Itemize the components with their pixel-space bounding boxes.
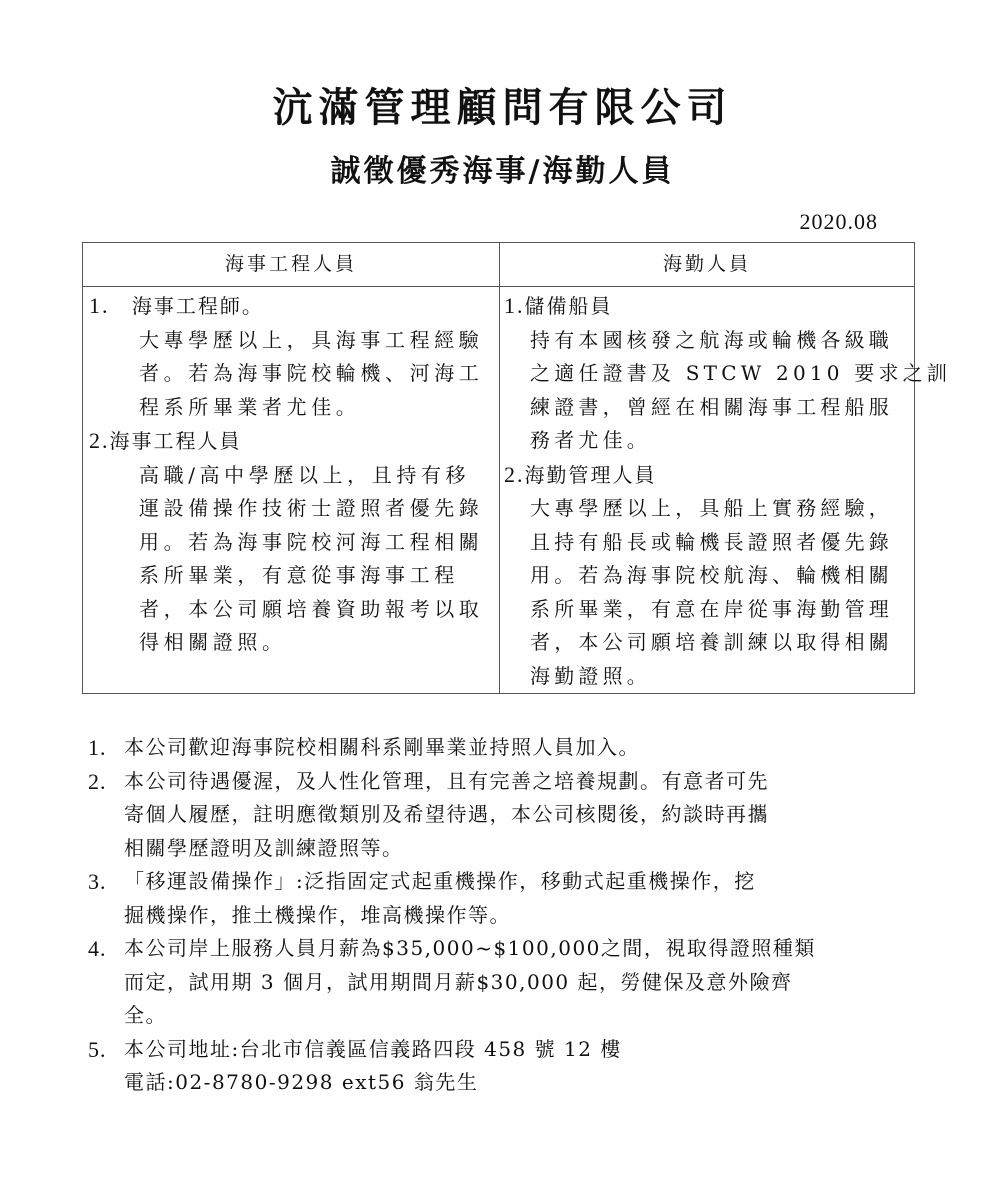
note-number: 1. <box>88 731 107 765</box>
description-line: 大專學歷以上，具海事工程經驗 <box>139 324 494 358</box>
note-line: 「移運設備操作」:泛指固定式起重機操作，移動式起重機操作，挖 <box>124 865 888 899</box>
position-name: 海事工程人員 <box>110 429 242 453</box>
description-line: 程系所畢業者尤佳。 <box>139 391 494 425</box>
column-divider <box>499 243 500 693</box>
note-item: 4. 本公司岸上服務人員月薪為$35,000~$100,000之間，視取得證照種… <box>88 932 888 1033</box>
positions-table: 海事工程人員 海勤人員 1. 海事工程師。 大專學歷以上，具海事工程經驗 者。若… <box>82 242 915 694</box>
note-line: 寄個人履歷，註明應徵類別及希望待遇，本公司核閱後，約談時再攜 <box>124 798 888 832</box>
description-line: 系所畢業，有意在岸從事海勤管理 <box>530 593 909 627</box>
note-number: 3. <box>88 865 107 899</box>
note-line: 本公司歡迎海事院校相關科系剛畢業並持照人員加入。 <box>124 731 888 765</box>
address-line: 本公司地址:台北市信義區信義路四段 458 號 12 樓 <box>124 1033 888 1067</box>
column-sea-service: 1.儲備船員 持有本國核發之航海或輪機各級職 之適任證書及 STCW 2010 … <box>504 289 909 693</box>
position-name: 海事工程師。 <box>132 294 264 318</box>
column-header-marine-engineering: 海事工程人員 <box>83 243 499 286</box>
position-title: 1.儲備船員 <box>504 289 909 324</box>
note-line: 本公司待遇優渥，及人性化管理，且有完善之培養規劃。有意者可先 <box>124 765 888 799</box>
column-header-sea-service: 海勤人員 <box>500 243 914 286</box>
description-line: 者，本公司願培養訓練以取得相關 <box>530 626 909 660</box>
description-line: 海勤證照。 <box>530 660 909 694</box>
note-item: 1. 本公司歡迎海事院校相關科系剛畢業並持照人員加入。 <box>88 731 888 765</box>
description-line: 練證書，曾經在相關海事工程船服 <box>530 391 909 425</box>
note-line: 本公司岸上服務人員月薪為$35,000~$100,000之間，視取得證照種類 <box>124 932 888 966</box>
position-marine-engineering-staff: 2.海事工程人員 高職/高中學歷以上，且持有移 運設備操作技術士證照者優先錄 用… <box>89 424 494 660</box>
description-line: 務者尤佳。 <box>530 424 909 458</box>
note-line: 而定，試用期 3 個月，試用期間月薪$30,000 起，勞健保及意外險齊 <box>124 966 888 1000</box>
phone-line: 電話:02-8780-9298 ext56 翁先生 <box>124 1066 888 1100</box>
position-name: 海勤管理人員 <box>525 463 657 487</box>
header-divider <box>83 286 914 287</box>
description-line: 者。若為海事院校輪機、河海工 <box>139 357 494 391</box>
note-item-contact: 5. 本公司地址:台北市信義區信義路四段 458 號 12 樓 電話:02-87… <box>88 1033 888 1100</box>
position-title: 2.海事工程人員 <box>89 424 494 459</box>
position-number: 2. <box>89 428 110 453</box>
position-title: 1. 海事工程師。 <box>89 289 494 324</box>
position-reserve-crew: 1.儲備船員 持有本國核發之航海或輪機各級職 之適任證書及 STCW 2010 … <box>504 289 909 458</box>
recruitment-subtitle: 誠徵優秀海事/海勤人員 <box>0 150 1005 194</box>
position-sea-service-manager: 2.海勤管理人員 大專學歷以上，具船上實務經驗， 且持有船長或輪機長證照者優先錄… <box>504 458 909 694</box>
notes-list: 1. 本公司歡迎海事院校相關科系剛畢業並持照人員加入。 2. 本公司待遇優渥，及… <box>88 731 888 1100</box>
position-description: 持有本國核發之航海或輪機各級職 之適任證書及 STCW 2010 要求之訓 練證… <box>504 324 909 458</box>
description-line: 大專學歷以上，具船上實務經驗， <box>530 492 909 526</box>
note-line: 相關學歷證明及訓練證照等。 <box>124 832 888 866</box>
description-line: 持有本國核發之航海或輪機各級職 <box>530 324 909 358</box>
description-line: 高職/高中學歷以上，且持有移 <box>139 459 494 493</box>
note-number: 2. <box>88 765 107 799</box>
description-line: 得相關證照。 <box>139 626 494 660</box>
description-line: 且持有船長或輪機長證照者優先錄 <box>530 526 909 560</box>
position-title: 2.海勤管理人員 <box>504 458 909 493</box>
note-item: 3. 「移運設備操作」:泛指固定式起重機操作，移動式起重機操作，挖 掘機操作，推… <box>88 865 888 932</box>
company-name: 沆滿管理顧問有限公司 <box>0 80 1005 136</box>
position-marine-engineer: 1. 海事工程師。 大專學歷以上，具海事工程經驗 者。若為海事院校輪機、河海工 … <box>89 289 494 424</box>
description-line: 之適任證書及 STCW 2010 要求之訓 <box>530 357 909 391</box>
description-line: 者，本公司願培養資助報考以取 <box>139 593 494 627</box>
position-description: 大專學歷以上，具船上實務經驗， 且持有船長或輪機長證照者優先錄 用。若為海事院校… <box>504 492 909 693</box>
note-line: 全。 <box>124 999 888 1033</box>
description-line: 系所畢業，有意從事海事工程 <box>139 559 494 593</box>
description-line: 用。若為海事院校河海工程相關 <box>139 526 494 560</box>
position-number: 2. <box>504 462 525 487</box>
description-line: 運設備操作技術士證照者優先錄 <box>139 492 494 526</box>
note-number: 4. <box>88 932 107 966</box>
position-number: 1. <box>504 293 525 318</box>
position-number: 1. <box>89 293 110 318</box>
description-line: 用。若為海事院校航海、輪機相關 <box>530 559 909 593</box>
column-marine-engineering: 1. 海事工程師。 大專學歷以上，具海事工程經驗 者。若為海事院校輪機、河海工 … <box>89 289 494 660</box>
note-number: 5. <box>88 1033 107 1067</box>
document-date: 2020.08 <box>800 208 879 236</box>
note-item: 2. 本公司待遇優渥，及人性化管理，且有完善之培養規劃。有意者可先 寄個人履歷，… <box>88 765 888 866</box>
position-description: 大專學歷以上，具海事工程經驗 者。若為海事院校輪機、河海工 程系所畢業者尤佳。 <box>89 324 494 425</box>
position-name: 儲備船員 <box>525 294 613 318</box>
position-description: 高職/高中學歷以上，且持有移 運設備操作技術士證照者優先錄 用。若為海事院校河海… <box>89 459 494 660</box>
note-line: 掘機操作，推土機操作，堆高機操作等。 <box>124 899 888 933</box>
